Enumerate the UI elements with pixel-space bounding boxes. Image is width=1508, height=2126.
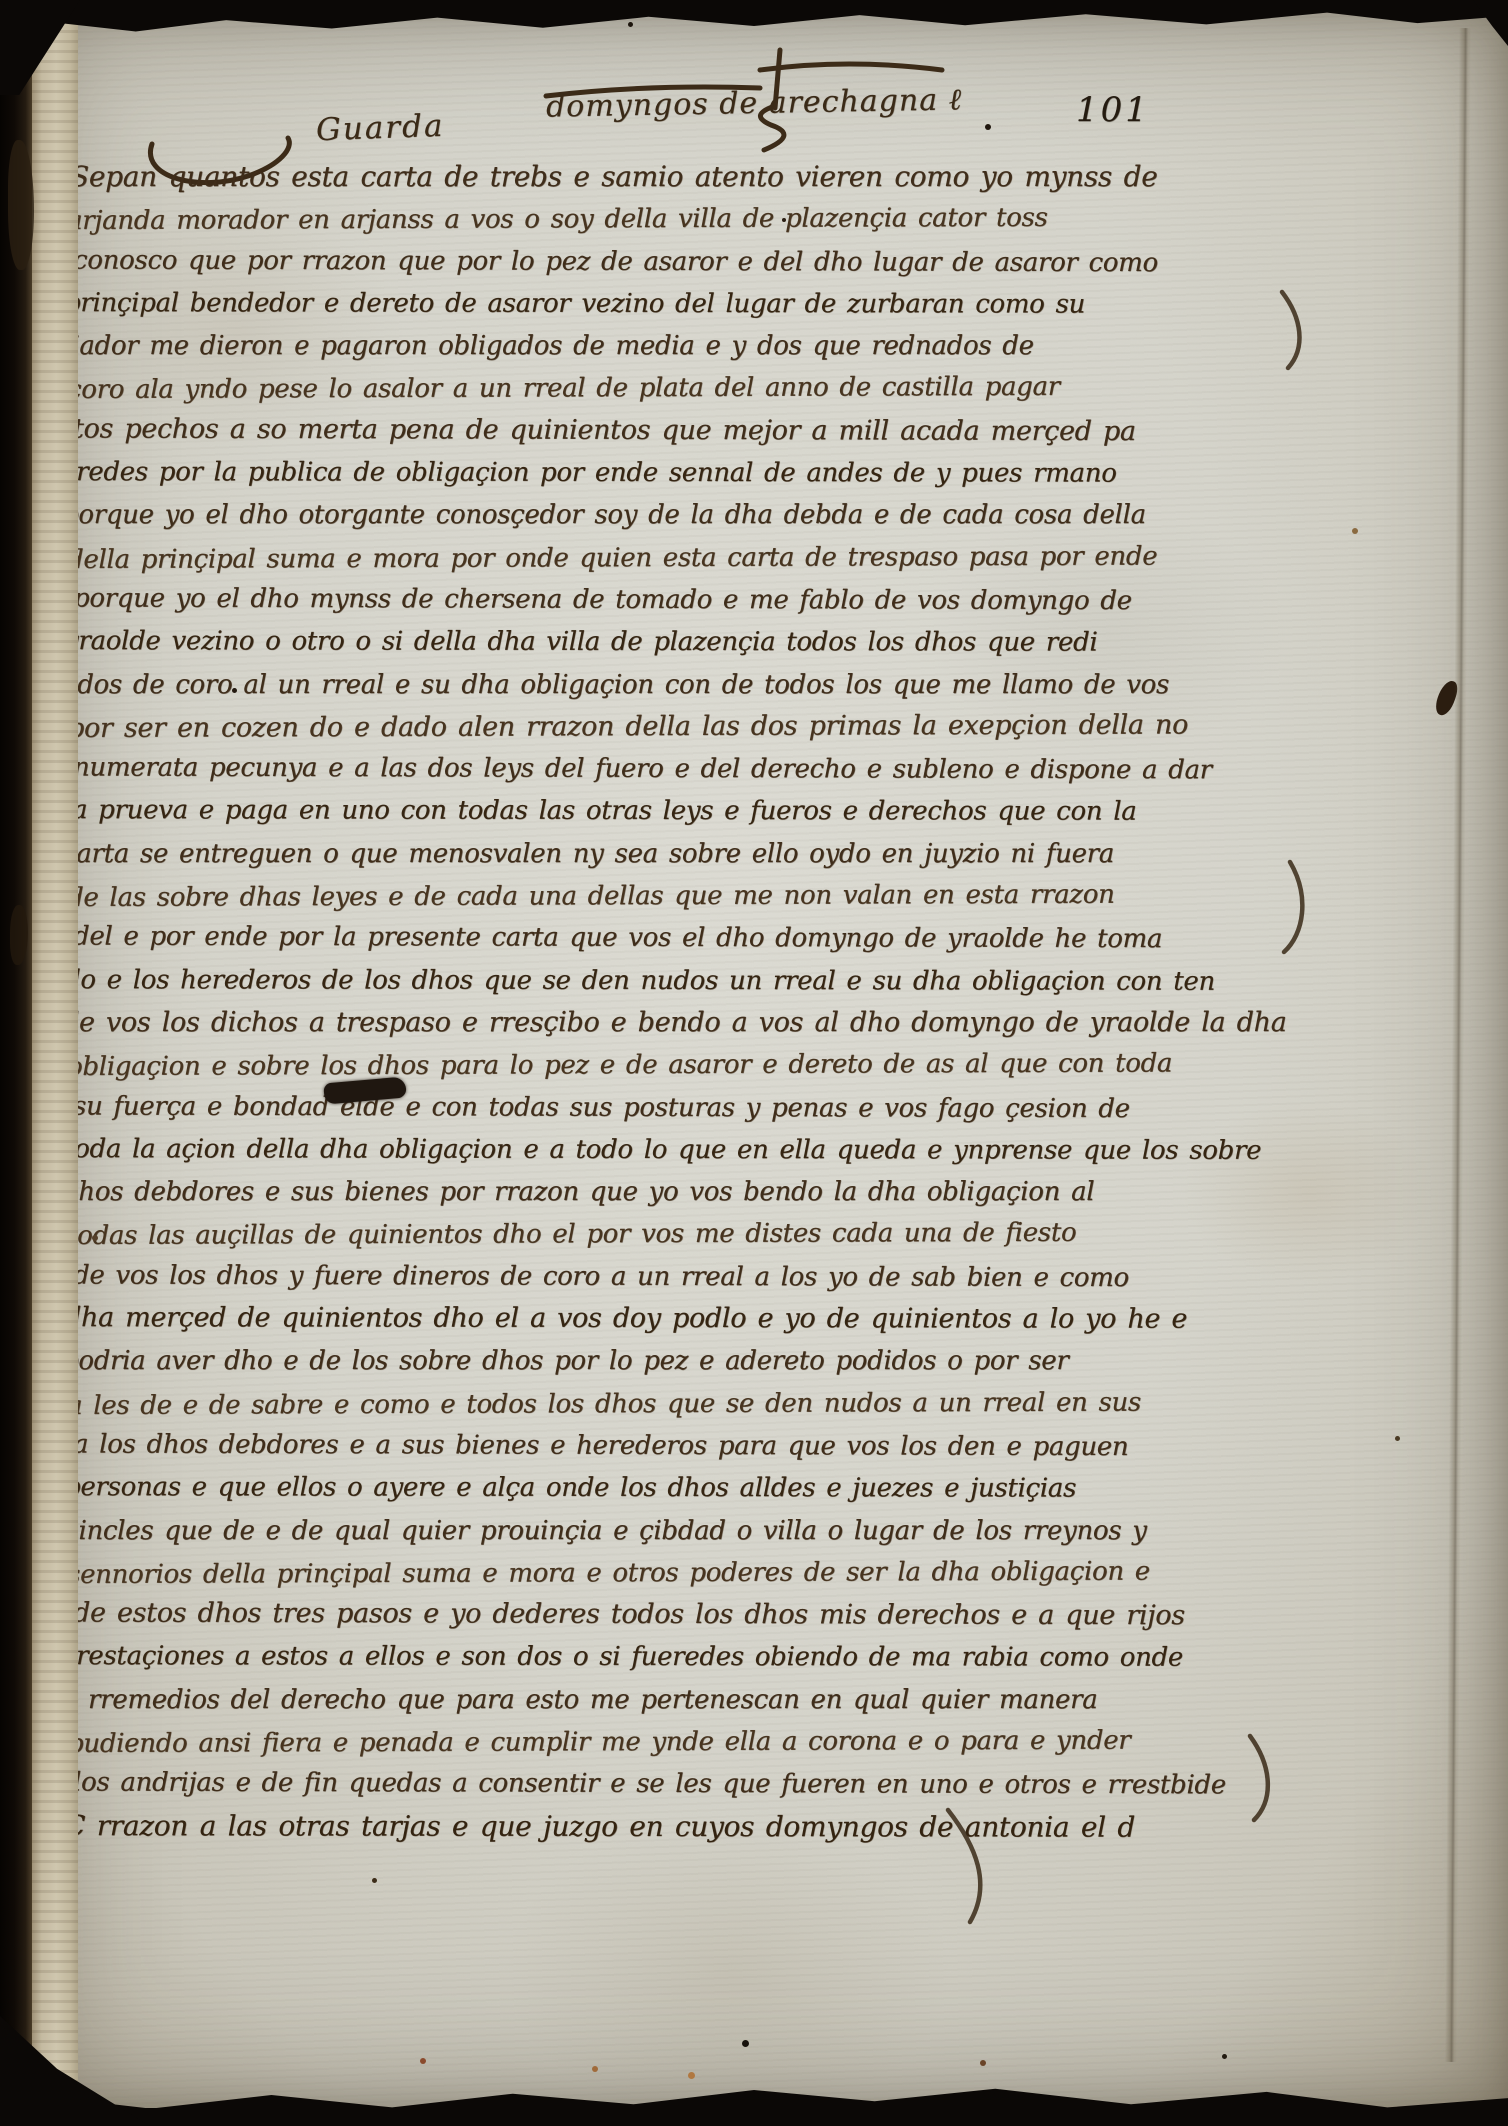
stain-spot	[985, 124, 991, 130]
page-fore-edge	[26, 20, 78, 2096]
manuscript-line: yraolde vezino o otro o si della dha vil…	[64, 620, 1316, 664]
manuscript-text-block: Sepan quantos esta carta de trebs e sami…	[62, 156, 1314, 1848]
manuscript-line: por ser en cozen do e dado alen rrazon d…	[67, 704, 1319, 750]
manuscript-line: obligaçion e sobre los dhos para lo pez …	[67, 1042, 1319, 1088]
stain-spot	[1222, 2054, 1227, 2059]
manuscript-line: a les de e de sabre e como e todos los d…	[67, 1381, 1319, 1427]
manuscript-line: prinçipal bendedor e dereto de asaror ve…	[64, 282, 1316, 326]
manuscript-line: rrestaçiones a estos a ellos e son dos o…	[64, 1636, 1316, 1680]
manuscript-line: hincles que de e de qual quier prouinçia…	[62, 1510, 1314, 1552]
manuscript-line: del e por ende por la presente carta que…	[73, 916, 1325, 961]
manuscript-line: dhos debdores e sus bienes por rrazon qu…	[62, 1171, 1314, 1213]
manuscript-line: sennorios della prinçipal suma e mora e …	[67, 1550, 1319, 1596]
stain-spot	[372, 1878, 377, 1883]
manuscript-line: do e los herederos de los dhos que se de…	[64, 959, 1316, 1003]
manuscript-line: pudiendo ansi fiera e penada e cumplir m…	[67, 1719, 1319, 1765]
manuscript-line: la prueva e paga en uno con todas las ot…	[64, 790, 1316, 834]
manuscript-line: rredes por la publica de obligaçion por …	[64, 451, 1316, 495]
manuscript-line: personas e que ellos o ayere e alça onde…	[64, 1466, 1316, 1510]
manuscript-line: porque yo el dho mynss de chersena de to…	[73, 577, 1325, 622]
manuscript-line: fiador me dieron e pagaron obligados de …	[62, 325, 1314, 367]
manuscript-line: de vos los dichos a trespaso e rresçibo …	[62, 1002, 1314, 1044]
manuscript-line: los andrijas e de fin quedas a consentir…	[73, 1762, 1325, 1807]
folio-number: 101	[1076, 90, 1150, 130]
manuscript-line: podria aver dho e de los sobre dhos por …	[62, 1340, 1314, 1382]
manuscript-line: porque yo el dho otorgante conosçedor so…	[62, 494, 1314, 536]
manuscript-line: carta se entreguen o que menosvalen ny s…	[62, 833, 1314, 875]
stain-spot	[1352, 528, 1358, 534]
manuscript-line: Sepan quantos esta carta de trebs e sami…	[62, 156, 1314, 198]
stain-spot	[592, 2066, 598, 2072]
manuscript-line: coro ala yndo pese lo asalor a un rreal …	[67, 366, 1319, 412]
manuscript-line: arjanda morador en arjanss a vos o soy d…	[67, 196, 1319, 242]
manuscript-line: tos pechos a so merta pena de quinientos…	[73, 408, 1325, 453]
manuscript-line: conosco que por rrazon que por lo pez de…	[73, 239, 1325, 284]
manuscript-line: todas las auçillas de quinientos dho el …	[67, 1211, 1319, 1257]
book-binding	[0, 0, 32, 2126]
manuscript-line: de vos los dhos y fuere dineros de coro …	[73, 1254, 1325, 1299]
manuscript-line: della prinçipal suma e mora por onde qui…	[67, 535, 1319, 581]
stain-spot	[420, 2058, 426, 2064]
header-title-script: domyngos de arechagna ℓ	[546, 82, 963, 124]
stain-spot	[1395, 1436, 1400, 1441]
stain-spot	[628, 22, 633, 27]
stain-spot	[742, 2040, 749, 2047]
manuscript-line: numerata pecunya e a las dos leys del fu…	[73, 747, 1325, 792]
guarda-heading: Guarda	[315, 108, 445, 148]
manuscript-line: de las sobre dhas leyes e de cada una de…	[67, 873, 1319, 919]
stain-spot	[688, 2072, 695, 2079]
stain-spot	[232, 688, 237, 693]
manuscript-line: a los dhos debdores e a sus bienes e her…	[73, 1423, 1325, 1468]
manuscript-line: su fuerça e bondad elde e con todas sus …	[73, 1085, 1325, 1130]
manuscript-line: C rrazon a las otras tarjas e que juzgo …	[64, 1805, 1316, 1849]
manuscript-line: e rremedios del derecho que para esto me…	[62, 1679, 1314, 1721]
manuscript-line: toda la açion della dha obligaçion e a t…	[64, 1128, 1316, 1172]
manuscript-line: ados de coro al un rreal e su dha obliga…	[62, 664, 1314, 706]
stain-spot	[782, 218, 786, 222]
manuscript-scan: domyngos de arechagna ℓ 101 Guarda Sepan…	[0, 0, 1508, 2126]
stain-spot	[980, 2060, 986, 2066]
stain-spot	[92, 1235, 98, 1241]
manuscript-line: de estos dhos tres pasos e yo dederes to…	[73, 1593, 1325, 1638]
manuscript-line: dha merçed de quinientos dho el a vos do…	[64, 1297, 1316, 1341]
